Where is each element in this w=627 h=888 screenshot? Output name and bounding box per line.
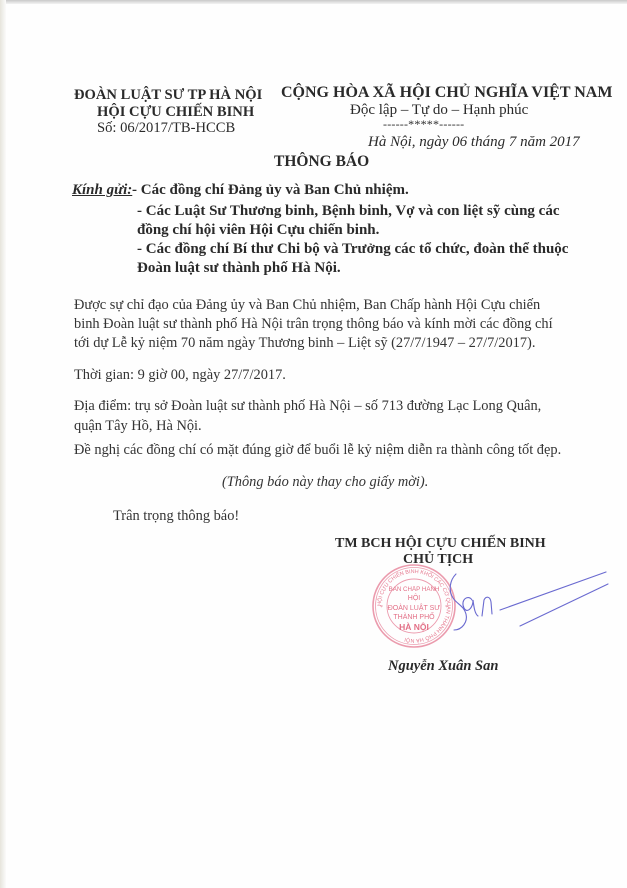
invitation-note: (Thông báo này thay cho giấy mời).: [222, 474, 428, 491]
intro-line: binh Đoàn luật sư thành phố Hà Nội trân …: [74, 316, 553, 333]
svg-text:HỘI: HỘI: [408, 593, 421, 602]
handwritten-signature: [420, 570, 610, 640]
event-time: Thời gian: 9 giờ 00, ngày 27/7/2017.: [74, 367, 286, 384]
intro-line: Được sự chỉ đạo của Đảng ủy và Ban Chủ n…: [74, 297, 540, 314]
place-date: Hà Nội, ngày 06 tháng 7 năm 2017: [368, 134, 580, 151]
signer-position: CHỦ TỊCH: [403, 552, 473, 568]
recipient-line: đồng chí hội viên Hội Cựu chiến binh.: [137, 222, 379, 239]
recipient-line: - Các đồng chí Đảng ủy và Ban Chủ nhiệm.: [132, 182, 409, 199]
national-title: CỘNG HÒA XÃ HỘI CHỦ NGHĨA VIỆT NAM: [281, 84, 612, 102]
org-name-line1: ĐOÀN LUẬT SƯ TP HÀ NỘI: [74, 87, 262, 104]
document-title: THÔNG BÁO: [274, 153, 369, 171]
header-separator: ------*****------: [383, 117, 464, 132]
event-location-line: quận Tây Hồ, Hà Nội.: [74, 418, 202, 435]
closing-remark: Trân trọng thông báo!: [113, 508, 239, 525]
svg-text:*: *: [380, 605, 383, 611]
document-number: Số: 06/2017/TB-HCCB: [97, 120, 235, 137]
scan-edge-top: [0, 0, 627, 4]
signer-name: Nguyễn Xuân San: [388, 658, 498, 675]
event-location-line: Địa điểm: trụ sở Đoàn luật sư thành phố …: [74, 398, 541, 415]
attendance-request: Đề nghị các đồng chí có mặt đúng giờ để …: [74, 442, 561, 459]
recipients-label: Kính gửi:: [72, 182, 132, 199]
recipient-line: Đoàn luật sư thành phố Hà Nội.: [137, 260, 341, 277]
scan-edge-left: [0, 0, 6, 888]
signature-on-behalf: TM BCH HỘI CỰU CHIẾN BINH: [335, 536, 546, 552]
recipient-line: - Các Luật Sư Thương binh, Bệnh binh, Vợ…: [137, 203, 559, 220]
org-name-line2: HỘI CỰU CHIẾN BINH: [97, 104, 254, 121]
recipient-line: - Các đồng chí Bí thư Chi bộ và Trưởng c…: [137, 241, 568, 258]
intro-line: tới dự Lễ kỷ niệm 70 năm ngày Thương bin…: [74, 335, 535, 352]
